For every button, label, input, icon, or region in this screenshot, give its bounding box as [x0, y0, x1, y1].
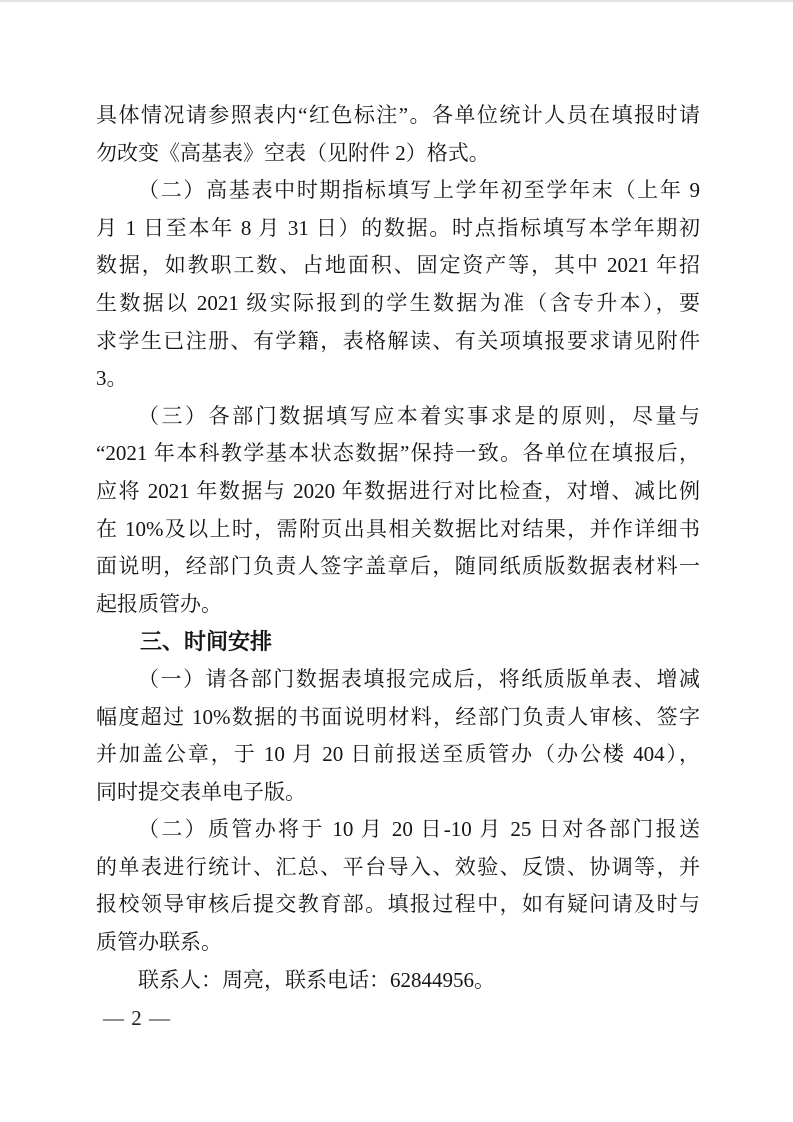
contact-line: 联系人：周亮，联系电话：62844956。 [96, 962, 700, 1000]
text-line: 幅度超过 10%数据的书面说明材料，经部门负责人审核、签字 [96, 699, 700, 737]
text-line: 勿改变《高基表》空表（见附件 2）格式。 [96, 135, 700, 173]
text-line: 求学生已注册、有学籍，表格解读、有关项填报要求请见附件 [96, 323, 700, 361]
section-heading-time-arrangement: 三、时间安排 [96, 623, 700, 661]
text-line: 具体情况请参照表内“红色标注”。各单位统计人员在填报时请 [96, 97, 700, 135]
page-top-edge [0, 0, 793, 2]
page-number: — 2 — [103, 1005, 171, 1031]
text-line: 面说明，经部门负责人签字盖章后，随同纸质版数据表材料一 [96, 548, 700, 586]
text-line: 的单表进行统计、汇总、平台导入、效验、反馈、协调等，并 [96, 849, 700, 887]
text-line: （二）高基表中时期指标填写上学年初至学年末（上年 9 [96, 172, 700, 210]
text-line: 报校领导审核后提交教育部。填报过程中，如有疑问请及时与 [96, 886, 700, 924]
text-line: 数据，如教职工数、占地面积、固定资产等，其中 2021 年招 [96, 247, 700, 285]
text-line: 起报质管办。 [96, 586, 700, 624]
text-line: 同时提交表单电子版。 [96, 774, 700, 812]
document-content: 具体情况请参照表内“红色标注”。各单位统计人员在填报时请 勿改变《高基表》空表（… [96, 97, 700, 999]
text-line: 并加盖公章，于 10 月 20 日前报送至质管办（办公楼 404）， [96, 736, 700, 774]
text-line: （三）各部门数据填写应本着实事求是的原则，尽量与 [96, 398, 700, 436]
text-line: （一）请各部门数据表填报完成后，将纸质版单表、增减 [96, 661, 700, 699]
text-line: 应将 2021 年数据与 2020 年数据进行对比检查，对增、减比例 [96, 473, 700, 511]
text-line: “2021 年本科教学基本状态数据”保持一致。各单位在填报后， [96, 435, 700, 473]
text-line: 在 10%及以上时，需附页出具相关数据比对结果，并作详细书 [96, 511, 700, 549]
text-line: 质管办联系。 [96, 924, 700, 962]
text-line: 月 1 日至本年 8 月 31 日）的数据。时点指标填写本学年期初 [96, 210, 700, 248]
text-line: （二）质管办将于 10 月 20 日-10 月 25 日对各部门报送 [96, 811, 700, 849]
text-line: 3。 [96, 360, 700, 398]
text-line: 生数据以 2021 级实际报到的学生数据为准（含专升本），要 [96, 285, 700, 323]
